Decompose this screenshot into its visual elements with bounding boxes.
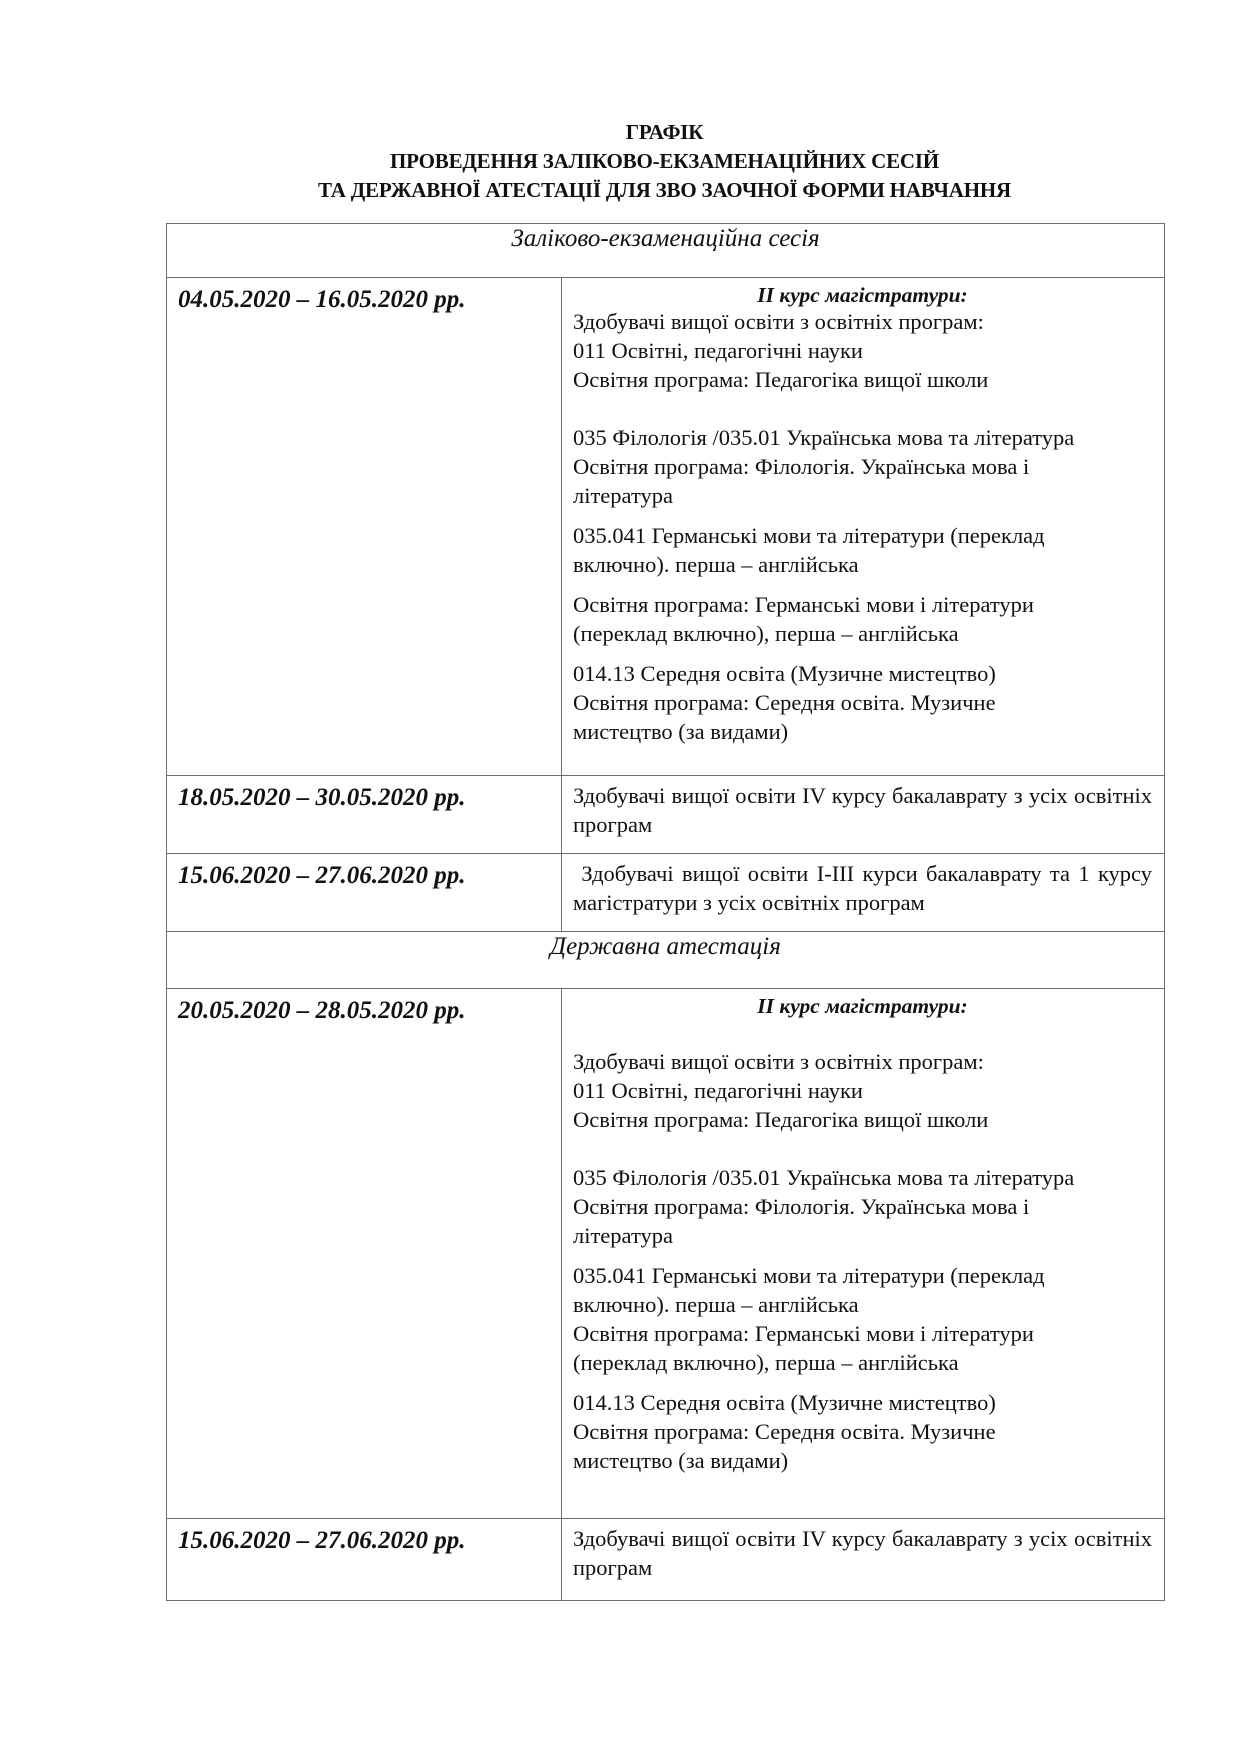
date-range: 20.05.2020 – 28.05.2020 рр. [167,989,562,1519]
program-name: Освітня програма: Середня освіта. Музичн… [573,688,1152,717]
program-name: Освітня програма: Германські мови і літе… [573,1319,1152,1348]
intro-line: Здобувачі вищої освіти з освітніх програ… [573,307,1152,336]
program-name: Освітня програма: Філологія. Українська … [573,1192,1152,1221]
schedule-table: Заліково-екзаменаційна сесія 04.05.2020 … [166,223,1165,1601]
program-name-cont: (переклад включно), перша – англійська [573,619,1152,648]
table-row: 15.06.2020 – 27.06.2020 рр. Здобувачі ви… [167,1519,1165,1601]
program-code: 014.13 Середня освіта (Музичне мистецтво… [573,1388,1152,1417]
program-code: 035.041 Германські мови та літератури (п… [573,1261,1152,1290]
table-row: 04.05.2020 – 16.05.2020 рр. II курс магі… [167,278,1165,776]
date-range: 15.06.2020 – 27.06.2020 рр. [167,854,562,932]
program-name: Освітня програма: Германські мови і літе… [573,590,1152,619]
intro-line: Здобувачі вищої освіти з освітніх програ… [573,1047,1152,1076]
program-name: Освітня програма: Середня освіта. Музичн… [573,1417,1152,1446]
program-name-cont: література [573,481,1152,510]
program-code: 014.13 Середня освіта (Музичне мистецтво… [573,659,1152,688]
course-subheading: II курс магістратури: [573,994,1152,1018]
program-code-cont: включно). перша – англійська [573,550,1152,579]
table-row: 20.05.2020 – 28.05.2020 рр. II курс магі… [167,989,1165,1519]
program-code: 035 Філологія /035.01 Українська мова та… [573,423,1152,452]
program-name-cont: мистецтво (за видами) [573,717,1152,746]
description-cell: II курс магістратури: Здобувачі вищої ос… [562,278,1165,776]
program-name: Освітня програма: Педагогіка вищої школи [573,365,1152,394]
program-code: 035 Філологія /035.01 Українська мова та… [573,1163,1152,1192]
program-name: Освітня програма: Філологія. Українська … [573,452,1152,481]
title-line-1: ГРАФІК [166,118,1163,147]
program-code: 011 Освітні, педагогічні науки [573,336,1152,365]
program-code: 035.041 Германські мови та літератури (п… [573,521,1152,550]
description-cell: II курс магістратури: Здобувачі вищої ос… [562,989,1165,1519]
program-name-cont: (переклад включно), перша – англійська [573,1348,1152,1377]
program-code-cont: включно). перша – англійська [573,1290,1152,1319]
date-range: 18.05.2020 – 30.05.2020 рр. [167,776,562,854]
program-name-cont: література [573,1221,1152,1250]
table-row: 18.05.2020 – 30.05.2020 рр. Здобувачі ви… [167,776,1165,854]
description-cell: Здобувачі вищої освіти IV курсу бакалавр… [562,1519,1165,1601]
description-cell: Здобувачі вищої освіти I-III курси бакал… [562,854,1165,932]
program-name-cont: мистецтво (за видами) [573,1446,1152,1475]
course-subheading: II курс магістратури: [573,283,1152,307]
section-heading-state-attestation: Державна атестація [167,932,1165,989]
date-range: 04.05.2020 – 16.05.2020 рр. [167,278,562,776]
table-row: 15.06.2020 – 27.06.2020 рр. Здобувачі ви… [167,854,1165,932]
section-heading-row: Заліково-екзаменаційна сесія [167,224,1165,278]
date-range: 15.06.2020 – 27.06.2020 рр. [167,1519,562,1601]
section-heading-row: Державна атестація [167,932,1165,989]
program-code: 011 Освітні, педагогічні науки [573,1076,1152,1105]
document-title: ГРАФІК ПРОВЕДЕННЯ ЗАЛІКОВО-ЕКЗАМЕНАЦІЙНИ… [166,118,1163,205]
title-line-2: ПРОВЕДЕННЯ ЗАЛІКОВО-ЕКЗАМЕНАЦІЙНИХ СЕСІЙ [166,147,1163,176]
description-cell: Здобувачі вищої освіти IV курсу бакалавр… [562,776,1165,854]
title-line-3: ТА ДЕРЖАВНОЇ АТЕСТАЦІЇ ДЛЯ ЗВО ЗАОЧНОЇ Ф… [166,176,1163,205]
section-heading-exam-session: Заліково-екзаменаційна сесія [167,224,1165,278]
program-name: Освітня програма: Педагогіка вищої школи [573,1105,1152,1134]
